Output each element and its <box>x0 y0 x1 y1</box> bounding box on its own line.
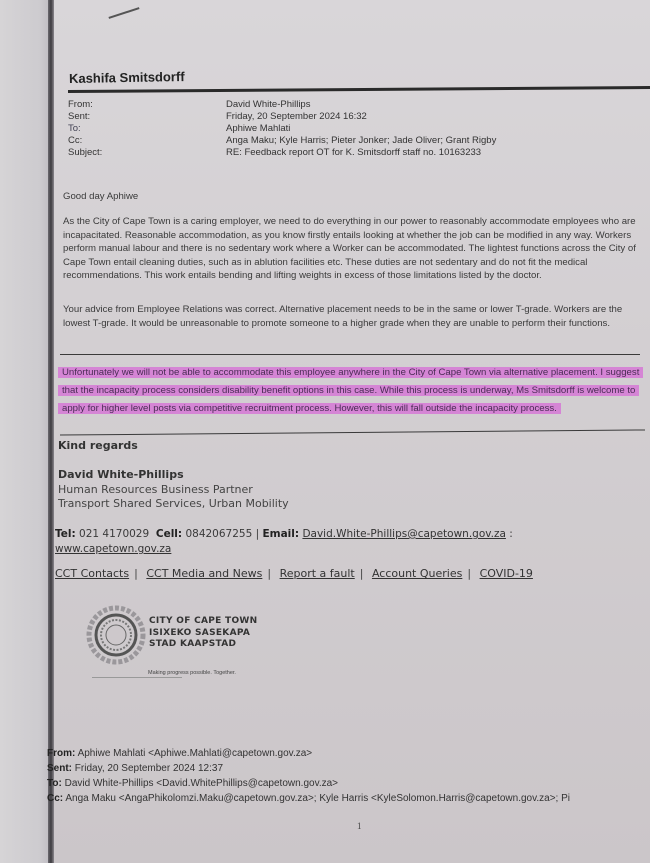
signature-title: Human Resources Business Partner <box>58 483 253 496</box>
link-account-queries[interactable]: Account Queries <box>372 567 462 580</box>
cell-number: 0842067255 <box>185 528 252 540</box>
tel-number: 021 4170029 <box>79 528 149 540</box>
paragraph-employee-relations: Your advice from Employee Relations was … <box>63 303 645 330</box>
previous-email-header: From: Aphiwe Mahlati <Aphiwe.Mahlati@cap… <box>47 746 570 806</box>
link-covid-19[interactable]: COVID-19 <box>480 567 533 580</box>
logo-swoosh <box>92 677 182 678</box>
link-cct-contacts[interactable]: CCT Contacts <box>55 567 129 580</box>
email-link[interactable]: David.White-Phillips@capetown.gov.za <box>302 528 506 540</box>
meta-subject: Subject:RE: Feedback report OT for K. Sm… <box>68 147 496 159</box>
adjacent-page <box>0 0 50 863</box>
highlighted-block: Unfortunately we will not be able to acc… <box>58 362 644 416</box>
email-meta: From:David White-Phillips Sent:Friday, 2… <box>68 99 496 159</box>
contact-details: Tel: 021 4170029 Cell: 0842067255 | Emai… <box>55 527 645 557</box>
page-number: 1 <box>357 821 362 831</box>
meta-to: To:Aphiwe Mahlati <box>68 123 496 135</box>
header-name: Kashifa Smitsdorff <box>69 69 185 86</box>
pen-underline <box>60 354 640 355</box>
logo-text: CITY OF CAPE TOWN ISIXEKO SASEKAPA STAD … <box>149 616 257 651</box>
logo-tagline: Making progress possible. Together. <box>148 670 236 676</box>
city-of-cape-town-emblem-icon <box>86 605 146 665</box>
signature-name: David White-Phillips <box>58 468 184 481</box>
website-link[interactable]: www.capetown.gov.za <box>55 543 171 555</box>
signature-department: Transport Shared Services, Urban Mobilit… <box>58 497 289 510</box>
greeting: Good day Aphiwe <box>63 190 645 204</box>
meta-from: From:David White-Phillips <box>68 99 496 111</box>
closing: Kind regards <box>58 439 138 452</box>
link-cct-media-news[interactable]: CCT Media and News <box>146 567 262 580</box>
footer-links: CCT Contacts| CCT Media and News| Report… <box>55 567 533 580</box>
meta-sent: Sent:Friday, 20 September 2024 16:32 <box>68 111 496 123</box>
meta-cc: Cc:Anga Maku; Kyle Harris; Pieter Jonker… <box>68 135 496 147</box>
highlighted-paragraph: Unfortunately we will not be able to acc… <box>58 367 643 414</box>
link-report-fault[interactable]: Report a fault <box>280 567 355 580</box>
paragraph-accommodation: As the City of Cape Town is a caring emp… <box>63 215 645 283</box>
